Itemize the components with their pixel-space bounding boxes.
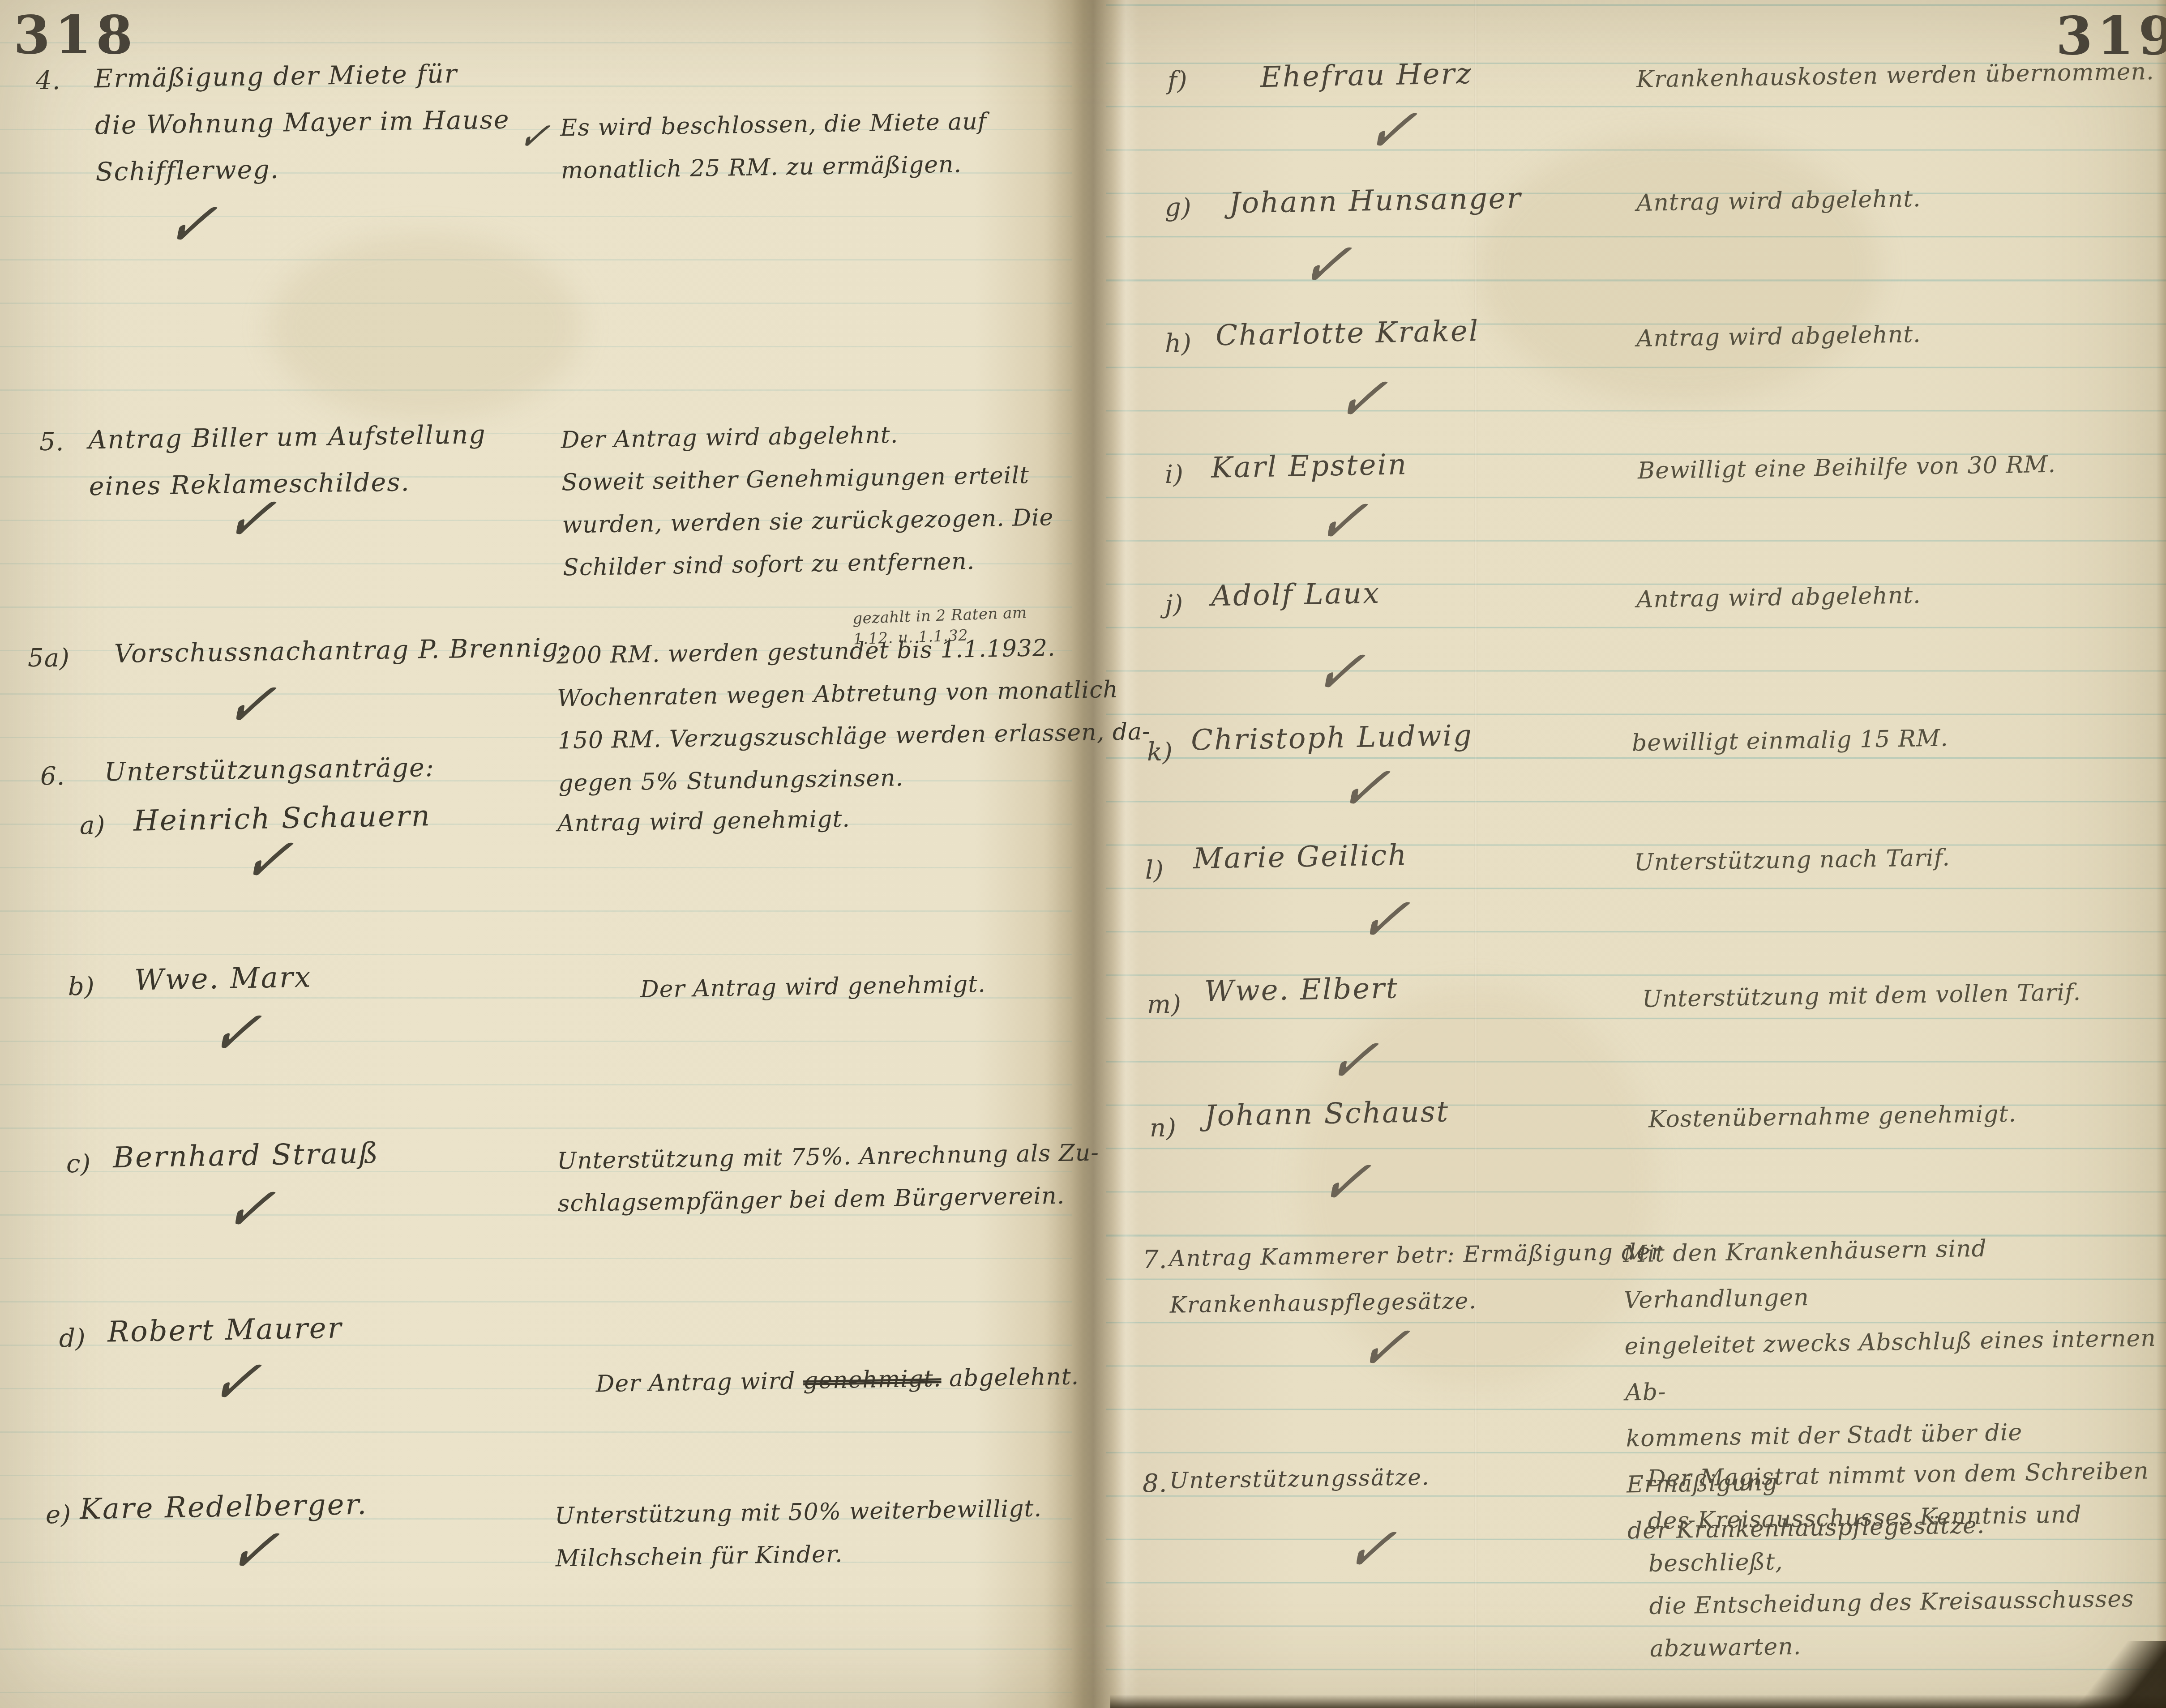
entry-label: 5a) xyxy=(28,644,70,673)
entry-decision: bewilligt einmalig 15 RM. xyxy=(1631,717,1948,764)
book-bottom-edge xyxy=(1110,1695,2166,1708)
entry-label: l) xyxy=(1145,856,1164,885)
entry-label: a) xyxy=(80,811,105,840)
entry-topic: Ermäßigung der Miete für die Wohnung May… xyxy=(94,50,511,196)
entry-label: 4. xyxy=(36,66,60,95)
checkmark-icon: ✓ xyxy=(1327,358,1406,440)
book-gutter xyxy=(1043,0,1139,1708)
checkmark-icon: ✓ xyxy=(512,111,561,162)
checkmark-icon: ✓ xyxy=(156,183,236,265)
decision-text: Der Antrag wird xyxy=(595,1367,803,1397)
entry-name: Bernhard Strauß xyxy=(112,1137,379,1174)
entry-topic: Unterstützungssätze. xyxy=(1169,1454,1430,1504)
checkmark-icon: ✓ xyxy=(1349,878,1429,960)
decision-text: abgelehnt. xyxy=(941,1363,1079,1392)
entry-label: m) xyxy=(1147,990,1181,1019)
checkmark-icon: ✓ xyxy=(1304,631,1384,713)
entry-label: 6. xyxy=(40,762,65,791)
entry-decision: Unterstützung nach Tarif. xyxy=(1634,837,1950,884)
entry-label: h) xyxy=(1165,329,1192,358)
entry-label: 8. xyxy=(1143,1469,1167,1498)
entry-topic: Vorschussnachantrag P. Brennig: xyxy=(114,624,569,677)
entry-topic: Unterstützungsanträge: xyxy=(104,744,435,795)
checkmark-icon: ✓ xyxy=(201,1341,280,1422)
entry-decision: Antrag wird abgelehnt. xyxy=(1636,574,1921,621)
entry-label: b) xyxy=(68,972,95,1001)
entry-label: 5. xyxy=(39,427,64,457)
entry-decision: Antrag wird abgelehnt. xyxy=(1636,178,1921,225)
entry-decision: Unterstützung mit dem vollen Tarif. xyxy=(1642,971,2081,1021)
entry-name: Wwe. Marx xyxy=(134,961,312,997)
entry-decision: 200 RM. werden gestundet bis 1.1.1932. W… xyxy=(556,626,1151,805)
entry-name: Christoph Ludwig xyxy=(1190,719,1473,757)
entry-decision: Bewilligt eine Beihilfe von 30 RM. xyxy=(1637,444,2056,493)
entry-name: Wwe. Elbert xyxy=(1204,972,1399,1008)
checkmark-icon: ✓ xyxy=(1336,1508,1415,1590)
checkmark-icon: ✓ xyxy=(201,991,280,1073)
entry-name: Johann Schaust xyxy=(1204,1095,1449,1133)
entry-decision: Antrag wird abgelehnt. xyxy=(1636,313,1921,360)
entry-name: Johann Hunsanger xyxy=(1229,182,1522,220)
checkmark-icon: ✓ xyxy=(1307,480,1387,562)
entry-label: c) xyxy=(66,1149,91,1179)
entry-name: Karl Epstein xyxy=(1211,448,1408,485)
entry-decision: Es wird beschlossen, die Miete auf monat… xyxy=(560,101,988,192)
paper-stain xyxy=(269,233,582,421)
entry-decision: Antrag wird genehmigt. xyxy=(557,798,850,845)
checkmark-icon: ✓ xyxy=(1318,1019,1397,1101)
checkmark-icon: ✓ xyxy=(1329,747,1409,829)
entry-decision: Der Magistrat nimmt von dem Schreiben de… xyxy=(1647,1450,2166,1670)
entry-name: Kare Redelberger. xyxy=(79,1488,368,1526)
entry-decision: Unterstützung mit 75%. Anrechnung als Zu… xyxy=(557,1132,1100,1225)
checkmark-icon: ✓ xyxy=(1291,223,1370,305)
checkmark-icon: ✓ xyxy=(214,1168,294,1250)
entry-label: j) xyxy=(1165,590,1183,619)
entry-decision: Der Antrag wird abgelehnt. Soweit seithe… xyxy=(561,411,1054,589)
entry-decision: Der Antrag wird genehmigt. abgelehnt. xyxy=(595,1313,1079,1406)
checkmark-icon: ✓ xyxy=(1310,1141,1390,1223)
entry-label: i) xyxy=(1165,460,1184,489)
entry-decision: Krankenhauskosten werden übernommen. xyxy=(1636,51,2154,101)
entry-label: 7. xyxy=(1143,1245,1167,1274)
entry-label: f) xyxy=(1168,66,1188,95)
paper-stain xyxy=(1477,134,1880,403)
entry-name: Ehefrau Herz xyxy=(1260,57,1473,94)
entry-decision: Unterstützung mit 50% weiterbewilligt. M… xyxy=(555,1487,1043,1580)
entry-label: d) xyxy=(59,1324,86,1353)
entry-label: e) xyxy=(46,1500,71,1529)
entry-name: Marie Geilich xyxy=(1193,839,1408,875)
entry-label: g) xyxy=(1165,193,1192,222)
decision-struck-text: genehmigt. xyxy=(803,1365,942,1394)
entry-name: Charlotte Krakel xyxy=(1215,315,1479,352)
entry-label: n) xyxy=(1150,1114,1177,1143)
entry-decision: Der Antrag wird genehmigt. xyxy=(640,963,986,1011)
entry-label: k) xyxy=(1147,738,1173,767)
entry-name: Adolf Laux xyxy=(1211,577,1380,613)
checkmark-icon: ✓ xyxy=(215,663,295,745)
page-crease xyxy=(1474,0,1477,1708)
entry-decision: Kostenübernahme genehmigt. xyxy=(1648,1093,2016,1141)
entry-name: Robert Maurer xyxy=(107,1311,342,1349)
checkmark-icon: ✓ xyxy=(1356,89,1436,171)
ledger-spread: 318 319 4. Ermäßigung der Miete für die … xyxy=(0,0,2166,1708)
